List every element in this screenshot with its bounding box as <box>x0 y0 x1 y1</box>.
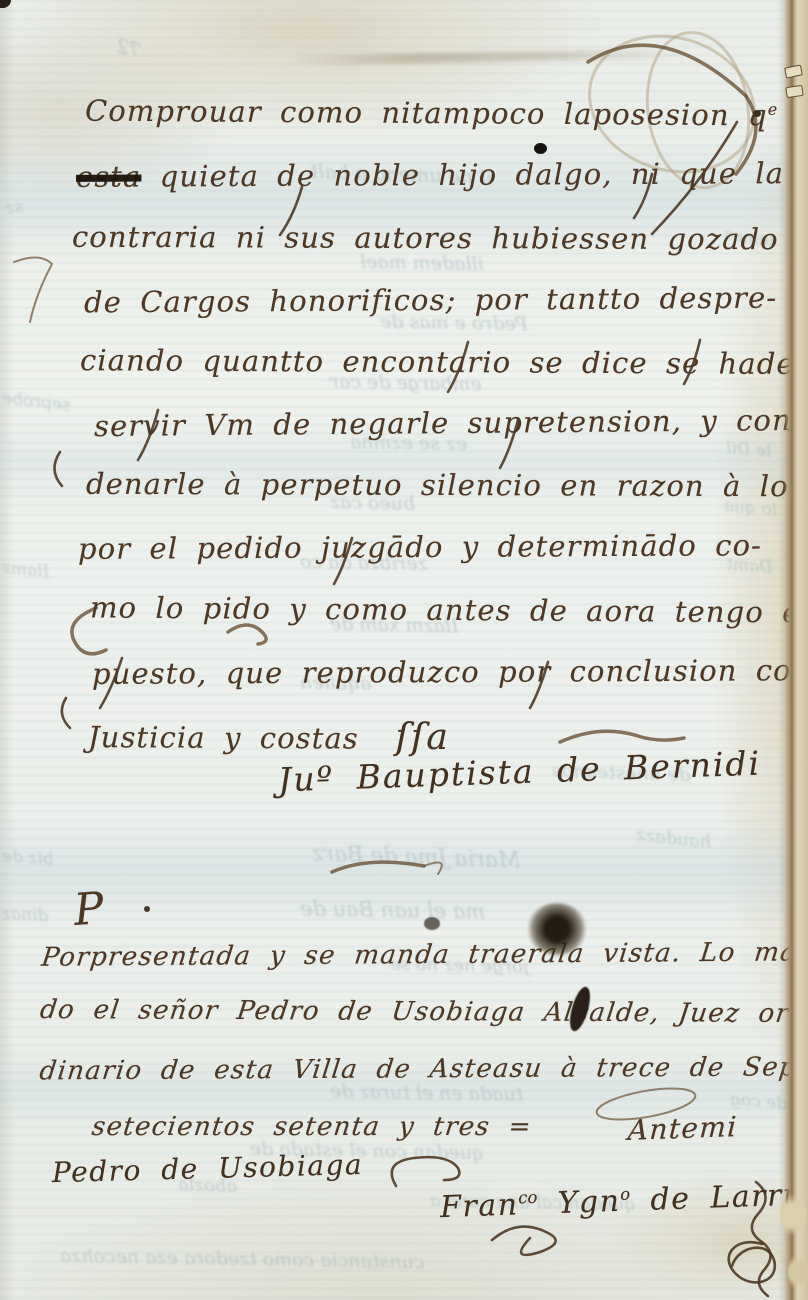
bleedthrough-text: sz <box>5 197 25 219</box>
struck-word: esta <box>76 160 142 194</box>
petition-line-11: Justicia y costas ſſa <box>88 713 450 758</box>
decree-date-text: setecientos setenta y tres = <box>90 1112 534 1142</box>
petition-line-9: mo lo pido y como antes de aora tengo ex… <box>90 590 808 629</box>
decree-line-2: do el señor Pedro de Usobiaga Alcalde, J… <box>38 995 801 1029</box>
petition-line-5: ciando quantto encontario se dice se had… <box>80 343 795 381</box>
petition-line-6-text: servir Vm de negarle supretension, y con… <box>94 403 803 443</box>
petition-line-2-text: quieta de noble hijo dalgo, ni que la <box>141 156 784 193</box>
petition-line-7: denarle à perpetuo silencio en razon à l… <box>86 467 789 503</box>
bleedthrough-text: seprobe <box>1 388 72 415</box>
bleedthrough-text: haudazz <box>635 824 712 853</box>
petition-line-5-text: ciando quantto encontario se dice se had… <box>80 343 795 381</box>
petition-line-7-text: denarle à perpetuo silencio en razon à l… <box>86 467 789 503</box>
decree-line-2-text: do el señor Pedro de Usobiaga Alcalde, J… <box>38 995 801 1029</box>
petition-line-4-text: de Cargos honorificos; por tantto despre… <box>84 281 777 320</box>
bleedthrough-text: cunstancia como tzedora eza necohza <box>60 1245 425 1273</box>
petition-line-1: Comprouar como nitampoco laposesion qe <box>85 94 777 133</box>
signature-larrumbide-pre: Fran <box>440 1187 520 1225</box>
bleedthrough-text: Ilamz <box>1 558 50 583</box>
binding-stitch <box>785 85 803 98</box>
bleedthrough-text: biz de <box>1 846 54 870</box>
bleedthrough-text: 72 <box>113 33 144 62</box>
petition-line-6: servir Vm de negarle supretension, y con… <box>94 403 803 443</box>
petition-line-1-text: Comprouar como nitampoco laposesion q <box>85 94 768 133</box>
superscript-abbreviation: e <box>768 100 778 119</box>
petition-line-8: por el pedido juzgādo y determinādo co- <box>78 528 762 566</box>
petition-line-11-text: Justicia y costas <box>88 720 359 755</box>
petition-line-8-text: por el pedido juzgādo y determinādo co- <box>78 528 762 566</box>
petition-line-10-text: puesto, que reproduzco por conclusion co… <box>92 653 808 691</box>
petition-line-3: contraria ni sus autores hubiessen gozad… <box>72 220 779 256</box>
bleedthrough-text: le Dil <box>725 438 772 462</box>
costas-flourish: ſſa <box>395 715 450 758</box>
page-binding-edge <box>778 0 808 1300</box>
bleedthrough-layer: 72il ne umena a baltsziomesilladem maelP… <box>0 0 808 1300</box>
decree-line-1-text: Porpresentada y se manda traerala vista.… <box>40 937 808 972</box>
decree-initial: P <box>72 883 105 936</box>
petition-line-3-text: contraria ni sus autores hubiessen gozad… <box>72 220 779 256</box>
petition-line-10: puesto, que reproduzco por conclusion co… <box>92 653 808 691</box>
ante-mi-label: Antemi <box>627 1110 738 1147</box>
decree-line-3: dinario de esta Villa de Asteasu à trece… <box>38 1052 808 1087</box>
petition-line-9-text: mo lo pido y como antes de aora tengo ex… <box>90 590 808 629</box>
decree-line-3-text: dinario de esta Villa de Asteasu à trece… <box>38 1052 799 1086</box>
signature-larrumbide-mid: Ygn <box>537 1184 621 1222</box>
bleedthrough-text: Maria Jma de Barz <box>312 841 521 873</box>
petition-line-2: esta quieta de noble hijo dalgo, ni que … <box>76 156 784 194</box>
manuscript-page: 72il ne umena a baltsziomesilladem maelP… <box>0 0 808 1300</box>
decree-line-1: Porpresentada y se manda traerala vista.… <box>40 937 808 972</box>
bleedthrough-text: dinaz <box>2 904 49 926</box>
bleedthrough-text: ma el uan Bau de <box>300 896 486 923</box>
superscript-abbreviation: co <box>518 1188 538 1208</box>
decree-line-4: setecientos setenta y tres = <box>90 1112 534 1142</box>
petition-line-4: de Cargos honorificos; por tantto despre… <box>84 281 777 320</box>
